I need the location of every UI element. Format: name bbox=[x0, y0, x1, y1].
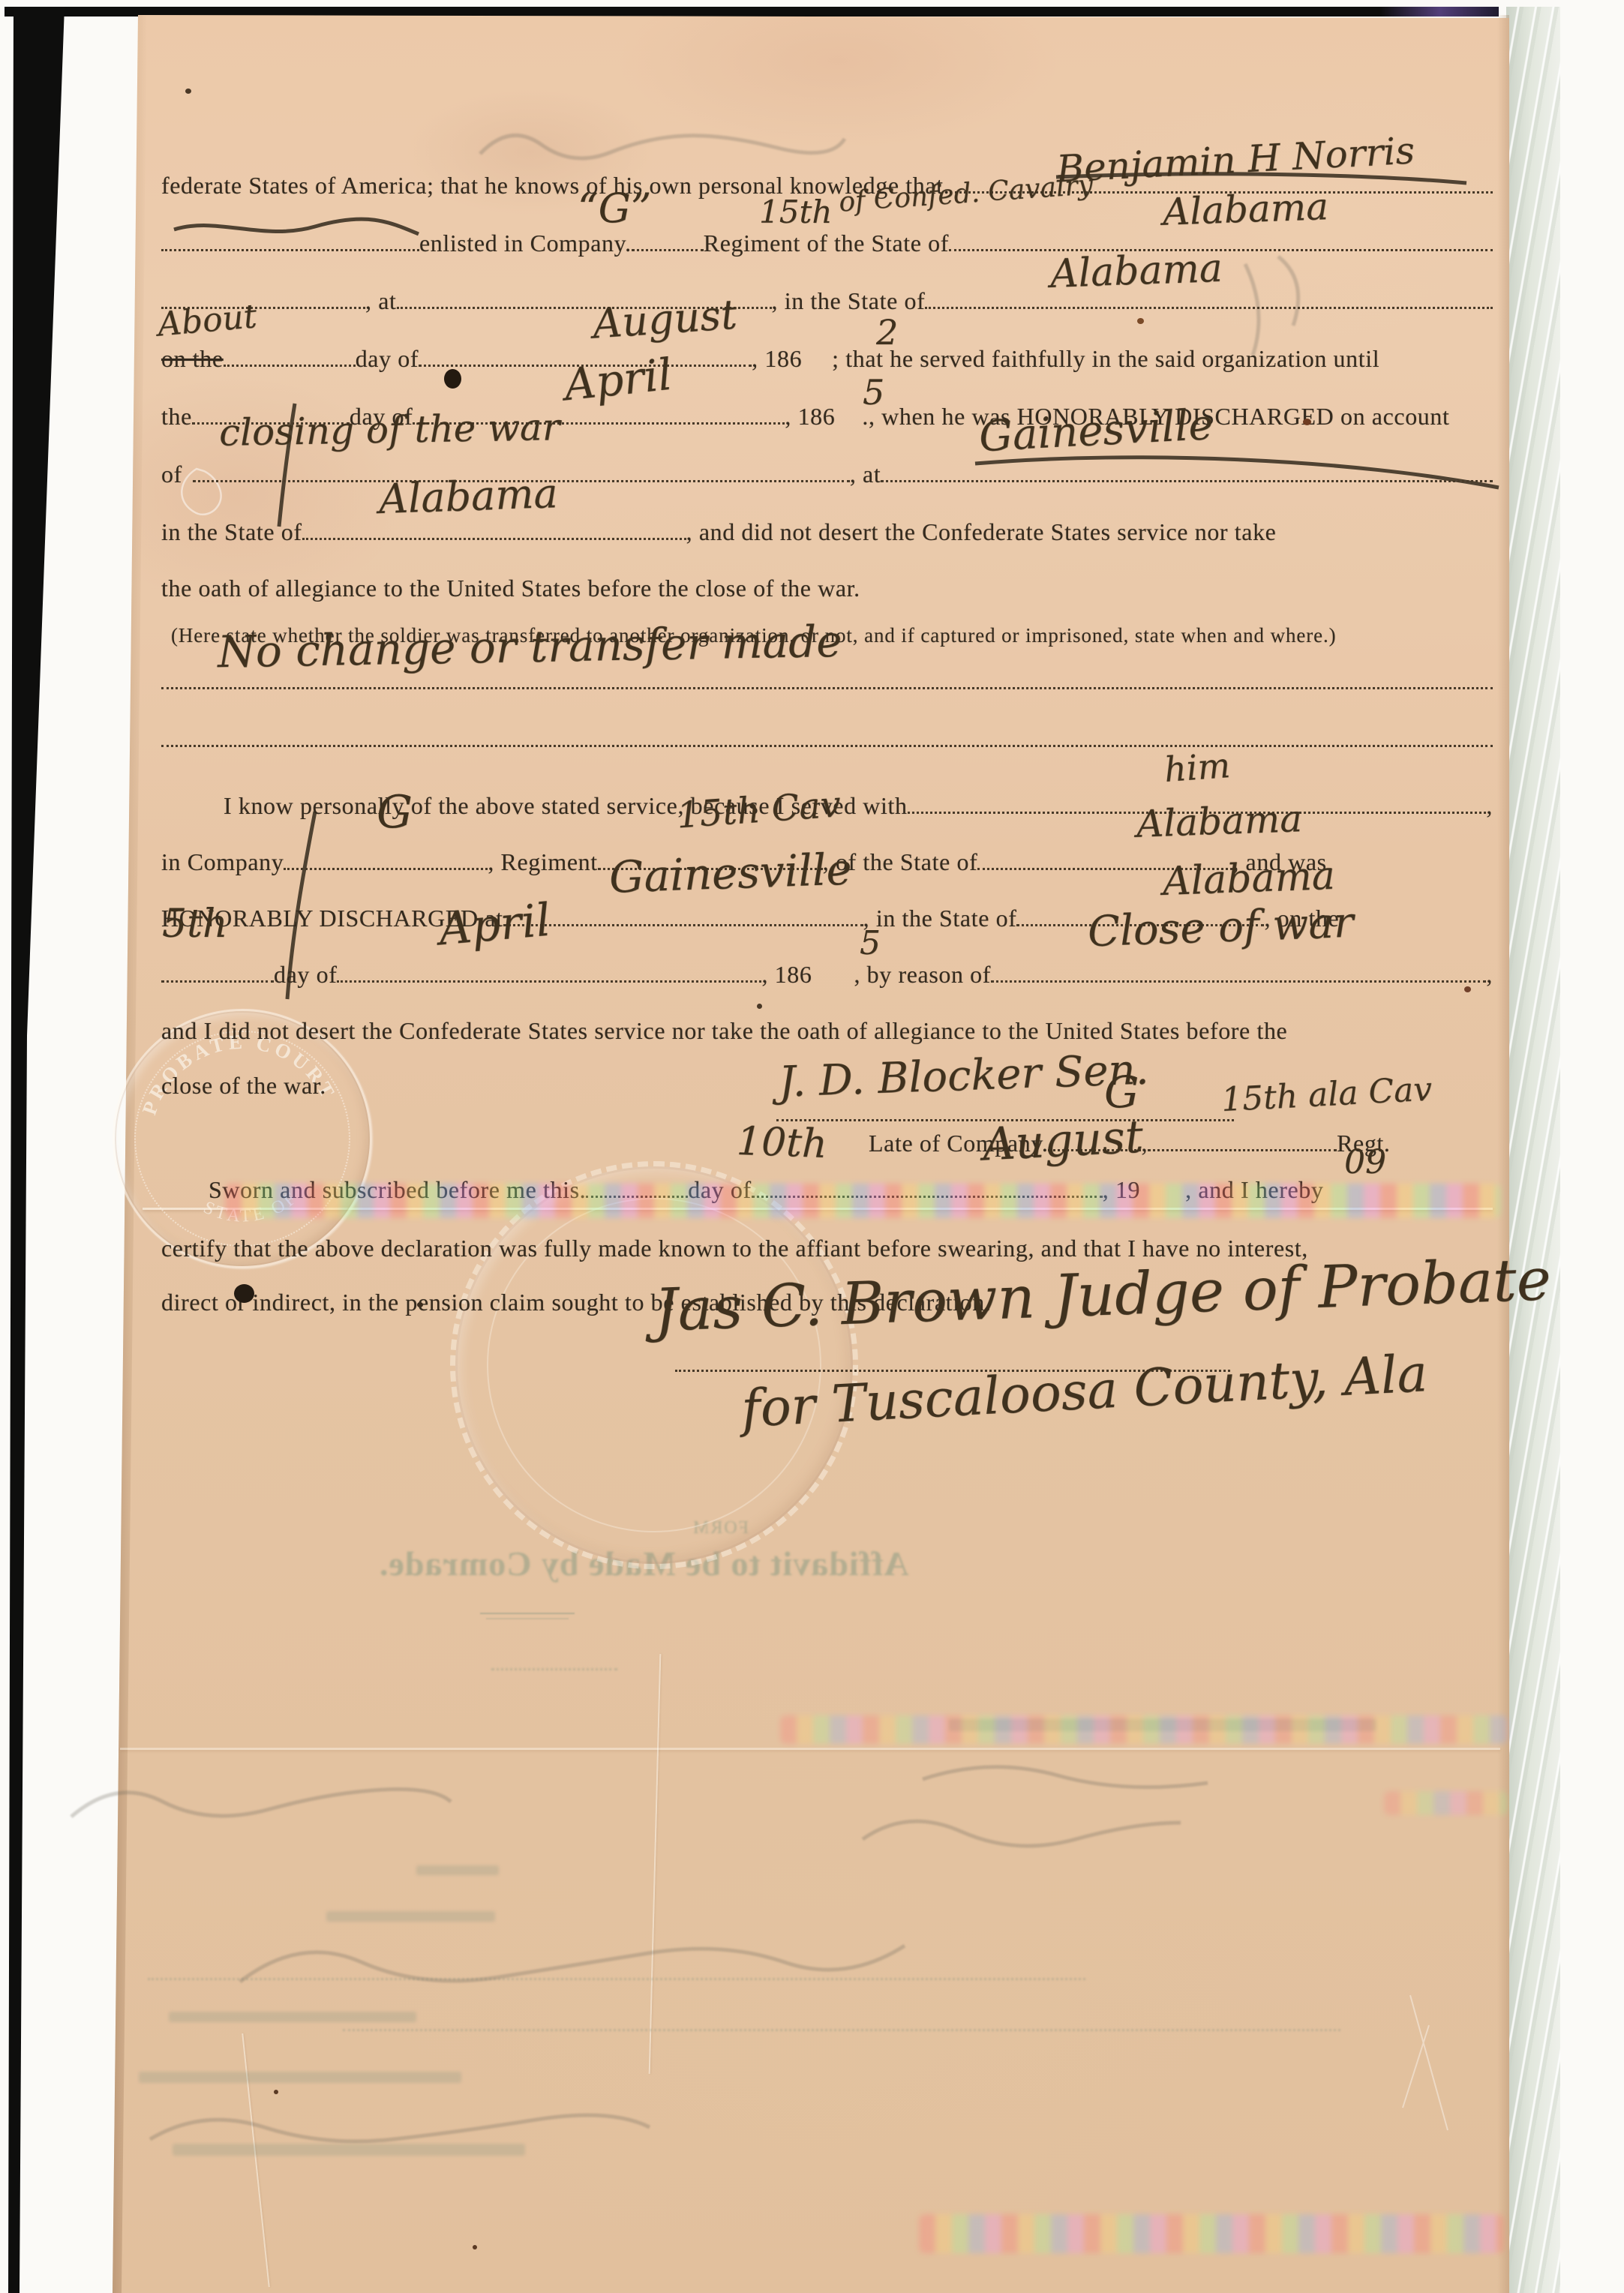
printed-text: ; that he served faithfully in the said … bbox=[832, 345, 1379, 373]
printed-line-15: day of, 186, by reason of, bbox=[161, 961, 1493, 989]
printed-text: of bbox=[161, 461, 182, 488]
handwritten-month: April bbox=[437, 894, 552, 956]
ghost-dotted-line bbox=[148, 1978, 1085, 1980]
handwritten-day: 5th bbox=[162, 902, 227, 947]
handwritten-transfer-note: No change or transfer made bbox=[217, 616, 842, 678]
ghost-text-row bbox=[169, 2012, 416, 2022]
handwritten-discharge-reason: Close of war bbox=[1087, 899, 1355, 956]
printed-text: , Regiment bbox=[488, 848, 597, 876]
printed-text: , at bbox=[365, 287, 397, 315]
paper-right-edge-shadow bbox=[1497, 15, 1509, 2293]
printed-text: , 186 bbox=[761, 961, 812, 989]
iridescent-reflection-band bbox=[780, 1715, 1508, 1744]
plastic-sleeve-strip bbox=[1506, 7, 1560, 2293]
dotted-answer-line-2 bbox=[161, 745, 1493, 747]
handwritten-company: “G” bbox=[578, 185, 651, 232]
handwritten-company: G bbox=[377, 786, 413, 839]
handwritten-him: him bbox=[1163, 745, 1232, 790]
printed-text: , bbox=[1486, 792, 1493, 820]
printed-text: day of bbox=[274, 961, 337, 989]
ghost-rule bbox=[486, 1618, 569, 1619]
dotted-leader bbox=[1148, 1149, 1337, 1151]
ghost-dotted-line bbox=[343, 2029, 1340, 2031]
printed-text: the bbox=[161, 403, 192, 431]
printed-line-6: of, at bbox=[161, 461, 1493, 488]
printed-text-struck: on the bbox=[161, 345, 224, 373]
printed-text: the oath of allegiance to the United Sta… bbox=[161, 575, 860, 602]
dotted-leader bbox=[161, 745, 1493, 747]
ink-speck bbox=[757, 1004, 762, 1009]
printed-text: , 186 bbox=[785, 403, 835, 431]
printed-line-2: enlisted in Company.Regiment of the Stat… bbox=[161, 230, 1493, 257]
printed-text: day of bbox=[356, 345, 419, 373]
dotted-leader bbox=[161, 980, 274, 983]
ink-speck bbox=[1137, 318, 1144, 324]
handwritten-year-digit: 2 bbox=[876, 312, 898, 353]
ink-blot bbox=[234, 1284, 254, 1303]
printed-text: in Company bbox=[161, 848, 284, 876]
dotted-leader bbox=[161, 687, 1493, 689]
ink-speck bbox=[1303, 419, 1311, 425]
embossed-notary-seal bbox=[450, 1161, 858, 1569]
handwritten-state: Alabama bbox=[1162, 854, 1336, 905]
handwritten-year-digit: 5 bbox=[860, 924, 881, 962]
ink-speck bbox=[274, 2090, 278, 2094]
ghost-text-row bbox=[173, 2144, 525, 2156]
ghost-text-row bbox=[416, 1865, 499, 1875]
ink-blot bbox=[444, 369, 461, 389]
printed-text: , bbox=[1486, 961, 1493, 989]
printed-text: close of the war. bbox=[161, 1072, 326, 1100]
handwritten-state: Alabama bbox=[1136, 797, 1303, 846]
printed-text: and I did not desert the Confederate Sta… bbox=[161, 1017, 1287, 1045]
dotted-leader bbox=[632, 249, 704, 251]
printed-line-16: and I did not desert the Confederate Sta… bbox=[161, 1017, 1493, 1045]
iridescent-reflection-patch bbox=[1384, 1791, 1508, 1815]
dotted-leader bbox=[925, 307, 1493, 309]
printed-text: , by reason of bbox=[854, 961, 991, 989]
ink-speck bbox=[1464, 986, 1471, 992]
ghost-text-row bbox=[326, 1911, 495, 1922]
scan-frame-left-edge bbox=[5, 7, 68, 2293]
dotted-leader bbox=[302, 538, 686, 540]
printed-text: certify that the above declaration was f… bbox=[161, 1235, 1308, 1262]
horizontal-fold-line bbox=[120, 1748, 1500, 1750]
scanned-document-page: { "scan": { "paper_color": "#e7c5a4", "f… bbox=[0, 0, 1624, 2293]
printed-text: , 186 bbox=[752, 345, 802, 373]
dotted-leader bbox=[991, 980, 1486, 983]
ink-speck bbox=[417, 1302, 423, 1307]
printed-line-7: in the State of, and did not desert the … bbox=[161, 518, 1493, 546]
handwritten-sworn-day: 10th bbox=[736, 1119, 828, 1167]
handwritten-place: Gainesville bbox=[608, 843, 853, 902]
handwritten-regiment-number: 15th bbox=[759, 194, 832, 230]
printed-line-19: Late of Company.,Regt. bbox=[869, 1130, 1493, 1157]
handwritten-discharge-reason: closing of the war bbox=[219, 405, 561, 455]
printed-text: , in the State of bbox=[772, 287, 926, 315]
iridescent-reflection-band bbox=[919, 2214, 1504, 2253]
dotted-leader bbox=[337, 980, 761, 983]
handwritten-year-digit: 5 bbox=[863, 372, 884, 413]
dotted-leader bbox=[161, 249, 419, 251]
ink-speck bbox=[473, 2245, 477, 2249]
printed-text: enlisted in Company. bbox=[419, 230, 632, 257]
dotted-leader bbox=[881, 480, 1493, 482]
handwritten-state: Alabama bbox=[378, 470, 559, 523]
dotted-leader bbox=[503, 924, 863, 926]
ink-speck bbox=[185, 89, 191, 94]
scan-frame-top-edge bbox=[5, 7, 1499, 17]
dotted-leader bbox=[284, 868, 488, 870]
ghost-text-row bbox=[139, 2072, 461, 2083]
printed-text: , at bbox=[850, 461, 881, 488]
embossed-probate-seal: PROBATE COURT STATE OF bbox=[113, 1009, 372, 1268]
printed-line-8: the oath of allegiance to the United Sta… bbox=[161, 575, 1493, 602]
handwritten-sworn-year: 09 bbox=[1344, 1143, 1386, 1181]
handwritten-state: Alabama bbox=[1049, 246, 1223, 297]
handwritten-company: G bbox=[1104, 1067, 1139, 1118]
printed-text: Regiment of the State of bbox=[704, 230, 949, 257]
printed-line-3: , at, in the State of bbox=[161, 287, 1493, 315]
iridescent-reflection-band bbox=[225, 1184, 1500, 1218]
printed-line-4: on theday of, 186; that he served faithf… bbox=[161, 345, 1493, 373]
dotted-leader bbox=[224, 365, 356, 367]
handwritten-sworn-month: August bbox=[981, 1110, 1144, 1171]
handwritten-month: August bbox=[591, 290, 738, 347]
printed-line-12: I know personally of the above stated se… bbox=[224, 792, 1493, 820]
printed-text: in the State of bbox=[161, 518, 302, 546]
printed-text: , and did not desert the Confederate Sta… bbox=[686, 518, 1277, 546]
dotted-answer-line-1 bbox=[161, 687, 1493, 689]
printed-text: , in the State of bbox=[863, 905, 1017, 932]
ghost-rule bbox=[480, 1613, 575, 1614]
ghost-dotted-line bbox=[491, 1668, 617, 1670]
scan-frame-glint bbox=[1380, 7, 1499, 17]
handwritten-state: Alabama bbox=[1162, 185, 1329, 234]
